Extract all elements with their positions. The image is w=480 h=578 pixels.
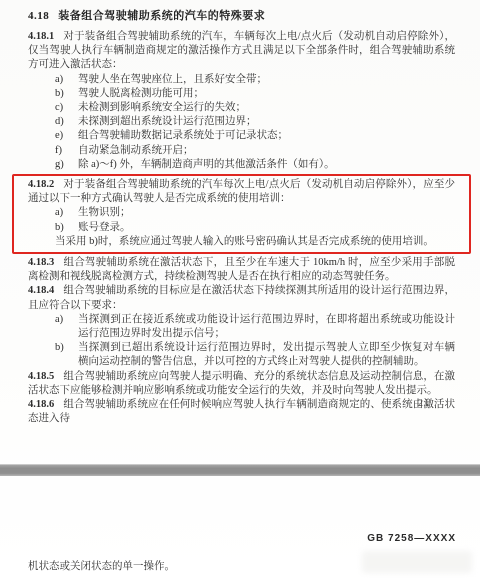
list-item-text: 除 a)～f) 外，车辆制造商声明的其他激活条件（如有）。 <box>78 158 455 172</box>
list-item: a)驾驶人坐在驾驶座位上，且系好安全带； <box>55 73 455 87</box>
clause-list: a)驾驶人坐在驾驶座位上，且系好安全带； b)驾驶人脱离检测功能可用； c)未检… <box>55 73 455 172</box>
clause-number: 4.18.3 <box>28 257 54 268</box>
list-item-text: 未探测到超出系统设计运行范围边界； <box>78 115 455 129</box>
list-item-text: 未检测到影响系统安全运行的失效； <box>78 101 455 115</box>
list-item-label: a) <box>55 313 78 341</box>
section-title: 装备组合驾驶辅助系统的汽车的特殊要求 <box>58 10 265 22</box>
clause-paragraph: 4.18.5组合驾驶辅助系统应向驾驶人提示明确、充分的系统状态信息及运动控制信息… <box>28 370 455 398</box>
list-item-text: 自动紧急制动系统开启； <box>78 144 455 158</box>
section-number: 4.18 <box>28 10 49 22</box>
clause-list: a)当探测到正在接近系统或功能设计运行范围边界时，在即将超出系统或功能设计运行范… <box>55 313 455 370</box>
list-item: c)未检测到影响系统安全运行的失效； <box>55 101 455 115</box>
list-item-label: b) <box>55 341 78 369</box>
clause-number: 4.18.5 <box>28 371 54 382</box>
clause-text: 组合驾驶辅助系统应向驾驶人提示明确、充分的系统状态信息及运动控制信息，在激活状态… <box>28 371 455 396</box>
clause-number: 4.18.2 <box>28 179 54 190</box>
list-item-label: d) <box>55 115 78 129</box>
clause-4-18-6: 4.18.6组合驾驶辅助系统应在任何时候响应驾驶人执行车辆制造商规定的、使系统由… <box>28 398 455 426</box>
list-item-label: c) <box>55 101 78 115</box>
clause-4-18-2-highlight-box: 4.18.2对于装备组合驾驶辅助系统的汽车每次上电/点火后（发动机自动启停除外）… <box>12 174 471 254</box>
clause-4-18-1: 4.18.1对于装备组合驾驶辅助系统的汽车，车辆每次上电/点火后（发动机自动启停… <box>28 30 455 172</box>
page-number: 21 <box>418 398 430 409</box>
scanned-document-page: 4.18装备组合驾驶辅助系统的汽车的特殊要求 4.18.1对于装备组合驾驶辅助系… <box>0 0 480 578</box>
list-item-label: b) <box>55 87 78 101</box>
list-item: d)未探测到超出系统设计运行范围边界； <box>55 115 455 129</box>
list-item-text: 组合驾驶辅助数据记录系统处于可记录状态； <box>78 129 455 143</box>
page-break-divider-bar <box>0 464 480 476</box>
list-item: b)当探测到已超出系统设计运行范围边界时，发出提示驾驶人立即至少恢复对车辆横向运… <box>55 341 455 369</box>
list-item-text: 账号登录。 <box>78 221 455 235</box>
clause-paragraph: 4.18.2对于装备组合驾驶辅助系统的汽车每次上电/点火后（发动机自动启停除外）… <box>28 178 455 206</box>
clause-number: 4.18.4 <box>28 285 54 296</box>
page-21-content: 4.18装备组合驾驶辅助系统的汽车的特殊要求 4.18.1对于装备组合驾驶辅助系… <box>28 7 455 426</box>
list-item-label: e) <box>55 129 78 143</box>
list-item-label: g) <box>55 158 78 172</box>
list-item-text: 驾驶人坐在驾驶座位上，且系好安全带； <box>78 73 455 87</box>
list-item-text: 驾驶人脱离检测功能可用； <box>78 87 455 101</box>
list-item: a)当探测到正在接近系统或功能设计运行范围边界时，在即将超出系统或功能设计运行范… <box>55 313 455 341</box>
list-item-label: a) <box>55 206 78 220</box>
list-item: f)自动紧急制动系统开启； <box>55 144 455 158</box>
clause-paragraph: 4.18.4组合驾驶辅助系统的目标应是在激活状态下持续探测其所适用的设计运行范围… <box>28 284 455 312</box>
clause-4-18-4: 4.18.4组合驾驶辅助系统的目标应是在激活状态下持续探测其所适用的设计运行范围… <box>28 284 455 369</box>
clause-number: 4.18.6 <box>28 399 54 410</box>
clause-text: 组合驾驶辅助系统在激活状态下，且至少在车速大于 10km/h 时，应至少采用手部… <box>28 257 455 282</box>
clause-number: 4.18.1 <box>28 31 54 42</box>
list-item: b)账号登录。 <box>55 221 455 235</box>
clause-paragraph: 4.18.3组合驾驶辅助系统在激活状态下，且至少在车速大于 10km/h 时，应… <box>28 256 455 284</box>
clause-text: 对于装备组合驾驶辅助系统的汽车，车辆每次上电/点火后（发动机自动启停除外），仅当… <box>28 31 455 70</box>
section-heading: 4.18装备组合驾驶辅助系统的汽车的特殊要求 <box>28 7 455 23</box>
clause-note: 当采用 b)时，系统应通过驾驶人输入的账号密码确认其是否完成系统的使用培训。 <box>28 235 455 249</box>
clause-paragraph: 4.18.1对于装备组合驾驶辅助系统的汽车，车辆每次上电/点火后（发动机自动启停… <box>28 30 455 73</box>
list-item-text: 当探测到正在接近系统或功能设计运行范围边界时，在即将超出系统或功能设计运行范围边… <box>78 313 455 341</box>
list-item-label: f) <box>55 144 78 158</box>
clause-text: 组合驾驶辅助系统的目标应是在激活状态下持续探测其所适用的设计运行范围边界，且应符… <box>28 285 455 310</box>
next-page-continuation-text: 机状态或关闭状态的单一操作。 <box>28 558 175 573</box>
clause-paragraph: 4.18.6组合驾驶辅助系统应在任何时候响应驾驶人执行车辆制造商规定的、使系统由… <box>28 398 455 426</box>
faint-watermark <box>362 551 472 573</box>
clause-text: 对于装备组合驾驶辅助系统的汽车每次上电/点火后（发动机自动启停除外），应至少通过… <box>28 179 455 204</box>
list-item-label: a) <box>55 73 78 87</box>
list-item: b)驾驶人脱离检测功能可用； <box>55 87 455 101</box>
clause-4-18-5: 4.18.5组合驾驶辅助系统应向驾驶人提示明确、充分的系统状态信息及运动控制信息… <box>28 370 455 398</box>
clause-text: 组合驾驶辅助系统应在任何时候响应驾驶人执行车辆制造商规定的、使系统由激活状态进入… <box>28 399 455 424</box>
document-code-header: GB 7258—XXXX <box>367 533 456 544</box>
list-item-label: b) <box>55 221 78 235</box>
list-item: g)除 a)～f) 外，车辆制造商声明的其他激活条件（如有）。 <box>55 158 455 172</box>
list-item: e)组合驾驶辅助数据记录系统处于可记录状态； <box>55 129 455 143</box>
list-item-text: 生物识别； <box>78 206 455 220</box>
list-item: a)生物识别； <box>55 206 455 220</box>
list-item-text: 当探测到已超出系统设计运行范围边界时，发出提示驾驶人立即至少恢复对车辆横向运动控… <box>78 341 455 369</box>
clause-4-18-3: 4.18.3组合驾驶辅助系统在激活状态下，且至少在车速大于 10km/h 时，应… <box>28 256 455 284</box>
clause-list: a)生物识别； b)账号登录。 <box>55 206 455 234</box>
